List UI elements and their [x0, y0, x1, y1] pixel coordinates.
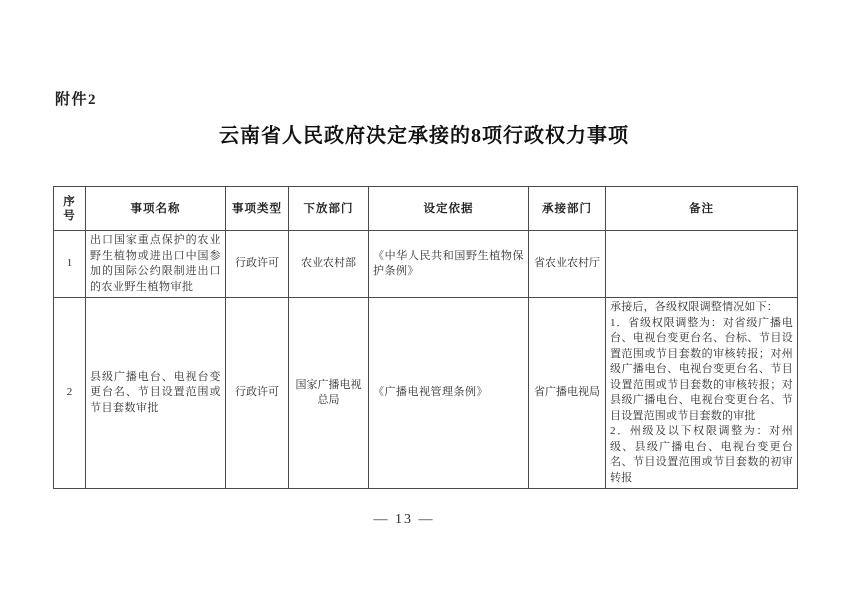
cell-item-type: 行政许可 — [226, 298, 289, 489]
cell-legal-basis: 《中华人民共和国野生植物保护条例》 — [369, 231, 529, 298]
attachment-label: 附件2 — [55, 88, 97, 109]
table-row: 2 县级广播电台、电视台变更台名、节目设置范围或节目套数审批 行政许可 国家广播… — [54, 298, 798, 489]
cell-legal-basis: 《广播电视管理条例》 — [369, 298, 529, 489]
cell-serial-number: 2 — [54, 298, 86, 489]
cell-receiving-department: 省农业农村厅 — [529, 231, 606, 298]
header-item-name: 事项名称 — [86, 187, 226, 231]
cell-item-type: 行政许可 — [226, 231, 289, 298]
cell-serial-number: 1 — [54, 231, 86, 298]
header-delegating-department: 下放部门 — [289, 187, 369, 231]
page-title: 云南省人民政府决定承接的8项行政权力事项 — [0, 119, 848, 148]
cell-delegating-department: 国家广播电视总局 — [289, 298, 369, 489]
cell-item-name: 县级广播电台、电视台变更台名、节目设置范围或节目套数审批 — [86, 298, 226, 489]
cell-item-name: 出口国家重点保护的农业野生植物或进出口中国参加的国际公约限制进出口的农业野生植物… — [86, 231, 226, 298]
page-number: — 13 — — [0, 512, 808, 528]
cell-delegating-department: 农业农村部 — [289, 231, 369, 298]
header-receiving-department: 承接部门 — [529, 187, 606, 231]
header-legal-basis: 设定依据 — [369, 187, 529, 231]
header-remarks: 备注 — [606, 187, 798, 231]
cell-remarks — [606, 231, 798, 298]
authority-items-table: 序号 事项名称 事项类型 下放部门 设定依据 承接部门 备注 1 出口国家重点保… — [53, 186, 798, 489]
table-header-row: 序号 事项名称 事项类型 下放部门 设定依据 承接部门 备注 — [54, 187, 798, 231]
header-serial-number: 序号 — [54, 187, 86, 231]
cell-remarks: 承接后，各级权限调整情况如下： 1．省级权限调整为：对省级广播电台、电视台变更台… — [606, 298, 798, 489]
header-item-type: 事项类型 — [226, 187, 289, 231]
document-page: 附件2 云南省人民政府决定承接的8项行政权力事项 序号 事项名称 事项类型 下放… — [0, 0, 848, 600]
cell-receiving-department: 省广播电视局 — [529, 298, 606, 489]
table-row: 1 出口国家重点保护的农业野生植物或进出口中国参加的国际公约限制进出口的农业野生… — [54, 231, 798, 298]
